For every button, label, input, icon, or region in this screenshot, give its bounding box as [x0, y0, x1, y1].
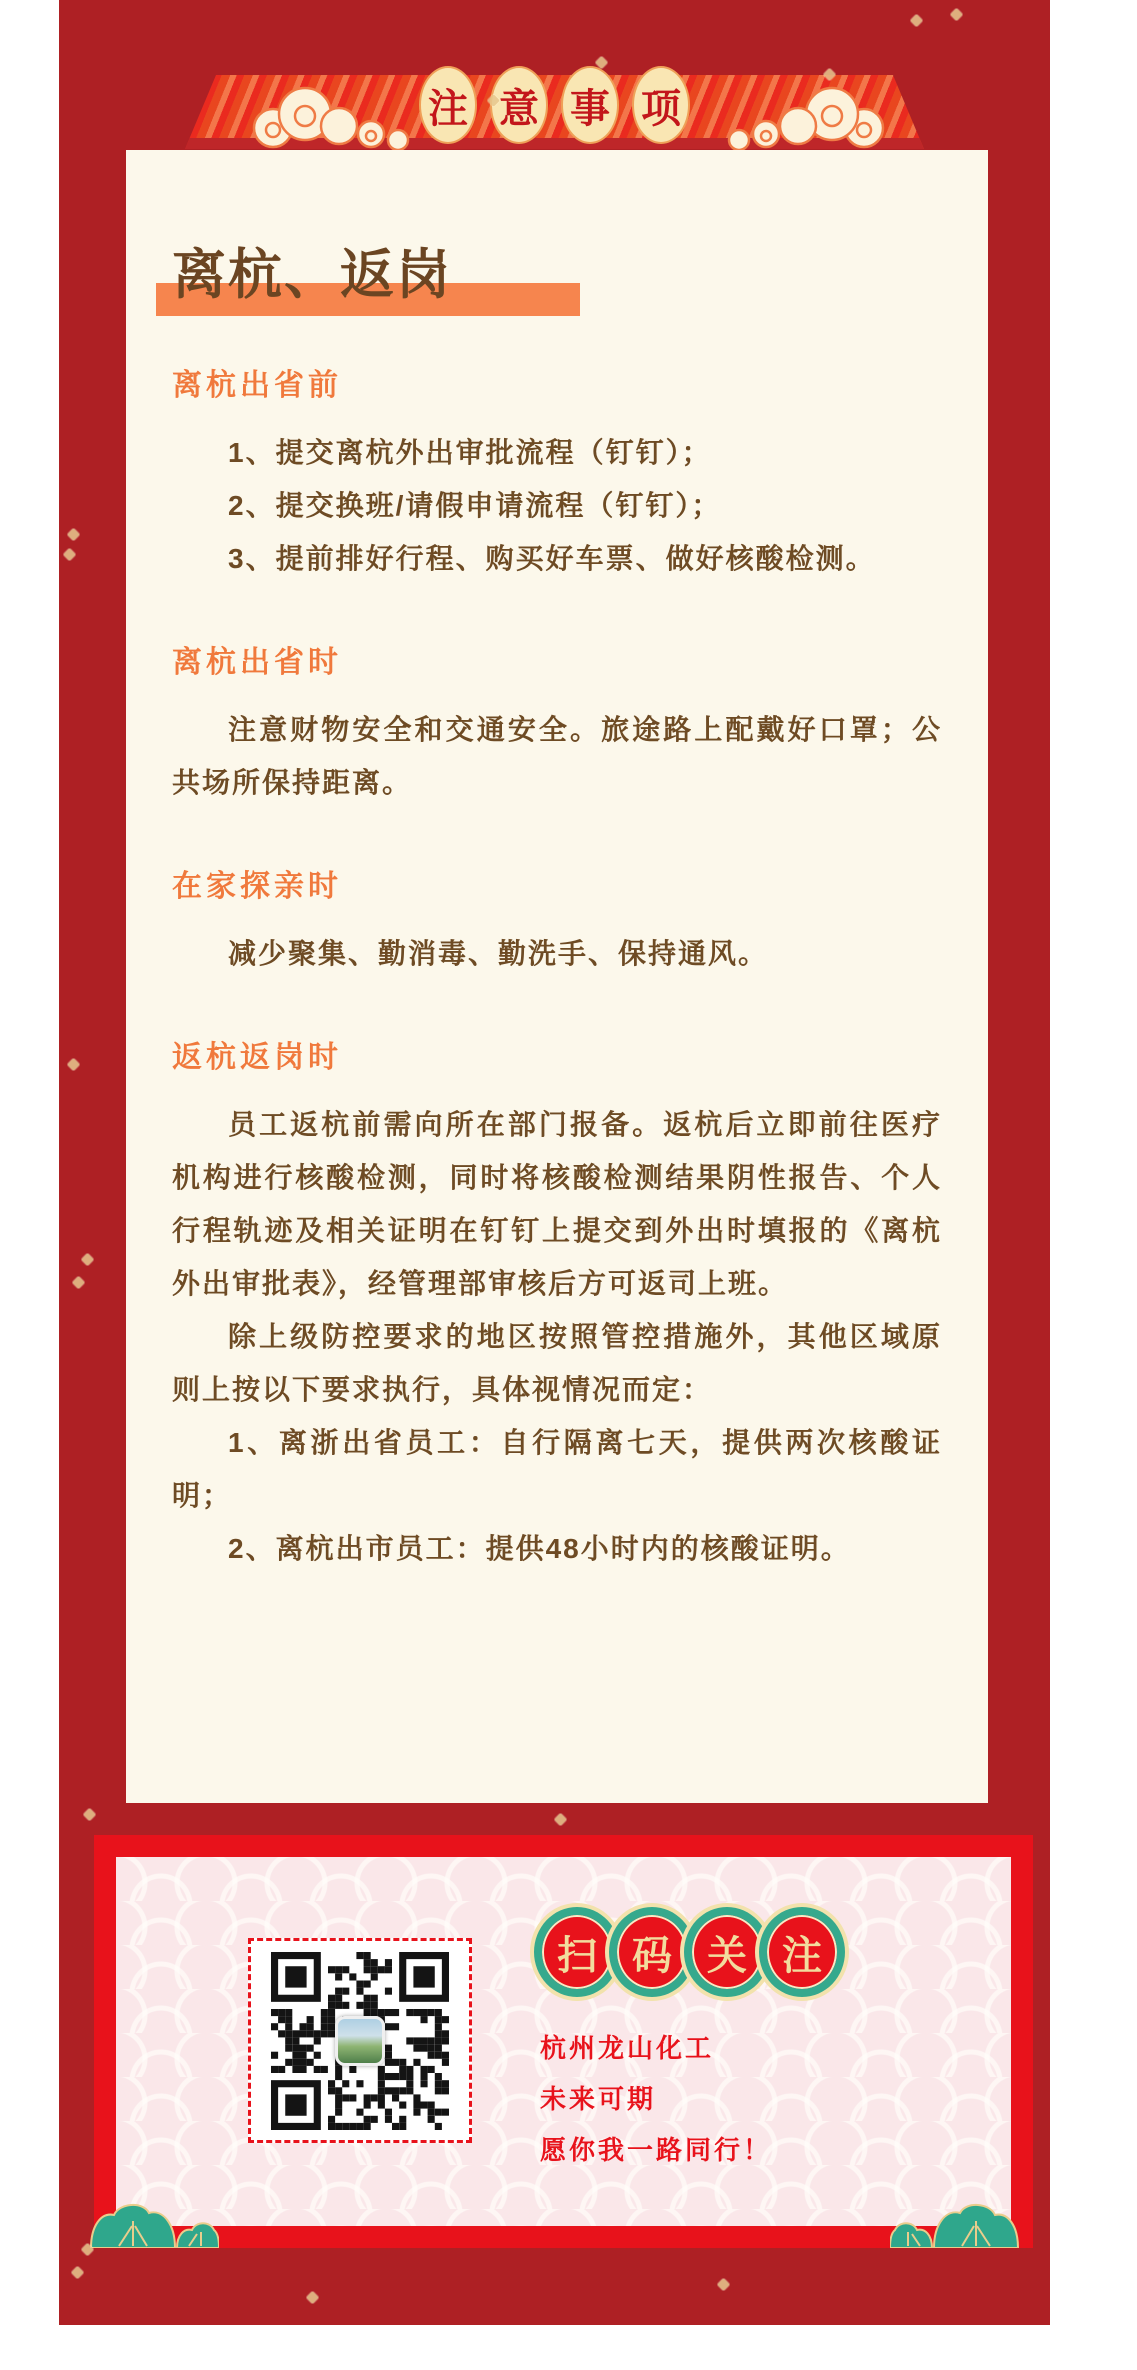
bush-icon — [89, 2202, 219, 2248]
footer-badge: 码 — [609, 1907, 695, 1997]
content-card: 离杭、返岗 离杭出省前1、提交离杭外出审批流程（钉钉）；2、提交换班/请假申请流… — [126, 150, 988, 1803]
sparkle-icon — [554, 1813, 567, 1826]
sparkle-icon — [81, 1253, 94, 1266]
footer-badge: 关 — [684, 1907, 770, 1997]
poster: 注意事项 离杭、返岗 离杭出省前1、提交离杭外出审批流程（钉钉）；2、提交换班/… — [59, 0, 1050, 2325]
header-badge: 项 — [632, 66, 690, 144]
sparkle-icon — [72, 1276, 85, 1289]
body-paragraph: 3、提前排好行程、购买好车票、做好核酸检测。 — [172, 532, 942, 585]
body-paragraph: 2、离杭出市员工：提供48小时内的核酸证明。 — [172, 1522, 942, 1575]
footer-lines: 杭州龙山化工未来可期愿你我一路同行！ — [540, 2023, 772, 2176]
sparkle-icon — [63, 548, 76, 561]
card-sections: 离杭出省前1、提交离杭外出审批流程（钉钉）；2、提交换班/请假申请流程（钉钉）；… — [172, 360, 942, 1575]
body-paragraph: 员工返杭前需向所在部门报备。返杭后立即前往医疗机构进行核酸检测，同时将核酸检测结… — [172, 1098, 942, 1310]
sparkle-icon — [306, 2291, 319, 2304]
sparkle-icon — [67, 1058, 80, 1071]
body-paragraph: 1、离浙出省员工：自行隔离七天，提供两次核酸证明； — [172, 1416, 942, 1522]
sparkle-icon — [67, 528, 80, 541]
section-heading: 离杭出省前 — [172, 360, 942, 404]
body-paragraph: 减少聚集、勤消毒、勤洗手、保持通风。 — [172, 927, 942, 980]
qr-box — [248, 1938, 472, 2143]
section-heading: 返杭返岗时 — [172, 1032, 942, 1076]
page-title: 离杭、返岗 — [172, 243, 452, 308]
header-badge: 注 — [419, 66, 477, 144]
section-heading: 离杭出省时 — [172, 637, 942, 681]
section-heading: 在家探亲时 — [172, 861, 942, 905]
body-paragraph: 除上级防控要求的地区按照管控措施外，其他区域原则上按以下要求执行，具体视情况而定… — [172, 1310, 942, 1416]
footer-text-line: 杭州龙山化工 — [540, 2023, 772, 2074]
sparkle-icon — [950, 8, 963, 21]
qr-center-logo — [335, 2016, 385, 2066]
header-badge: 事 — [561, 66, 619, 144]
footer-badge: 注 — [759, 1907, 845, 1997]
body-paragraph: 注意财物安全和交通安全。旅途路上配戴好口罩；公共场所保持距离。 — [172, 703, 942, 809]
bush-icon — [890, 2202, 1020, 2248]
sparkle-icon — [83, 1808, 96, 1821]
sparkle-icon — [71, 2266, 84, 2279]
body-paragraph: 2、提交换班/请假申请流程（钉钉）； — [172, 479, 942, 532]
header-badges: 注意事项 — [59, 66, 1050, 144]
footer-text-line: 未来可期 — [540, 2074, 772, 2125]
page: 注意事项 离杭、返岗 离杭出省前1、提交离杭外出审批流程（钉钉）；2、提交换班/… — [0, 0, 1137, 2370]
footer-frame: 扫码关注 杭州龙山化工未来可期愿你我一路同行！ — [94, 1835, 1033, 2248]
title-wrap: 离杭、返岗 — [172, 243, 452, 308]
footer-badges: 扫码关注 — [534, 1907, 845, 1997]
sparkle-icon — [717, 2278, 730, 2291]
sparkle-icon — [910, 14, 923, 27]
footer-badge: 扫 — [534, 1907, 620, 1997]
header-badge: 意 — [490, 66, 548, 144]
footer-panel: 扫码关注 杭州龙山化工未来可期愿你我一路同行！ — [116, 1857, 1011, 2226]
footer-text-line: 愿你我一路同行！ — [540, 2125, 772, 2176]
body-paragraph: 1、提交离杭外出审批流程（钉钉）； — [172, 426, 942, 479]
